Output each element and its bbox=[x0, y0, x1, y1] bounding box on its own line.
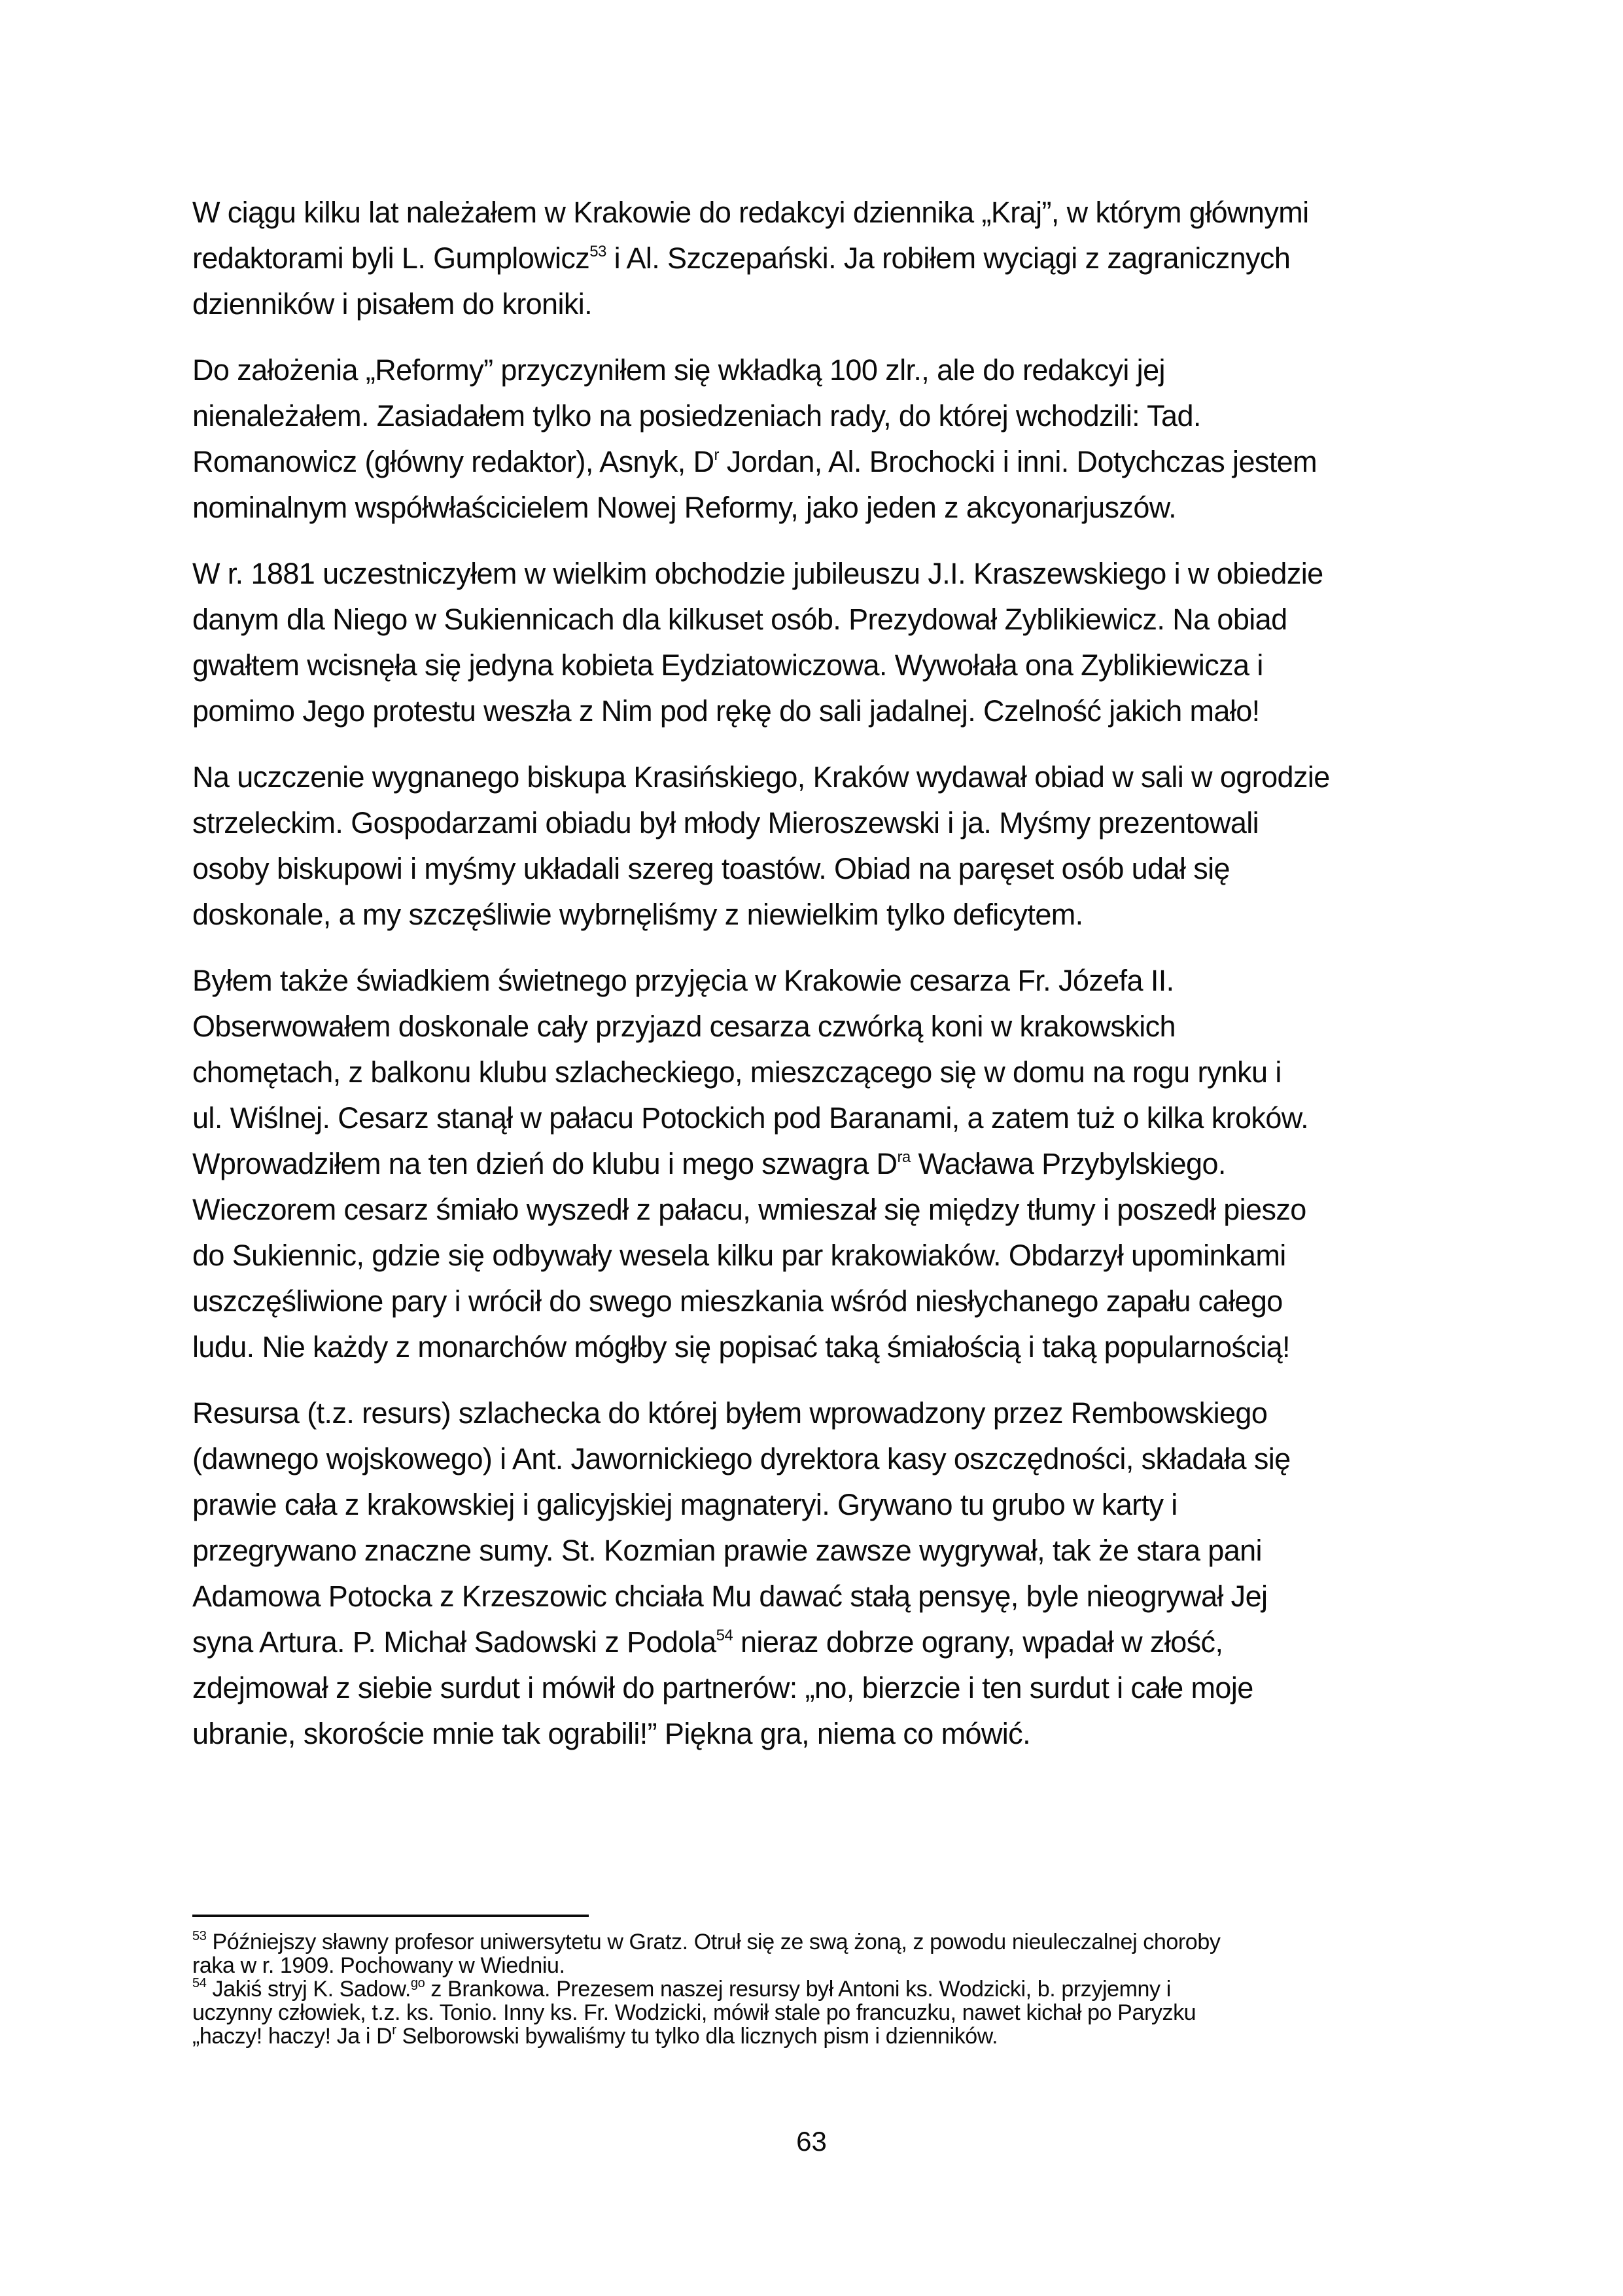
text-line: strzeleckim. Gospodarzami obiadu był mło… bbox=[192, 800, 1435, 846]
paragraph-reforma: Do założenia „Reformy” przyczyniłem się … bbox=[192, 347, 1435, 531]
text-line: Obserwowałem doskonale cały przyjazd ces… bbox=[192, 1004, 1435, 1050]
text-line: Adamowa Potocka z Krzeszowic chciała Mu … bbox=[192, 1574, 1435, 1619]
footnote-ref-53[interactable]: 53 bbox=[589, 243, 606, 260]
page-number: 63 bbox=[0, 2125, 1623, 2158]
superscript-dr: r bbox=[392, 2023, 396, 2038]
paragraph-resursa: Resursa (t.z. resurs) szlachecka do któr… bbox=[192, 1390, 1435, 1757]
text-line: uszczęśliwione pary i wrócił do swego mi… bbox=[192, 1279, 1435, 1324]
text-line: Do założenia „Reformy” przyczyniłem się … bbox=[192, 347, 1435, 393]
text-line: zdejmował z siebie surdut i mówił do par… bbox=[192, 1665, 1435, 1711]
footnote-number-54: 54 bbox=[192, 1976, 206, 1990]
text-line: uczynny człowiek, t.z. ks. Tonio. Inny k… bbox=[192, 2001, 1435, 2024]
footnote-ref-54[interactable]: 54 bbox=[716, 1627, 733, 1644]
text-line: ul. Wiślnej. Cesarz stanął w pałacu Poto… bbox=[192, 1095, 1435, 1141]
text-line: przegrywano znaczne sumy. St. Kozmian pr… bbox=[192, 1528, 1435, 1574]
text-line: ludu. Nie każdy z monarchów mógłby się p… bbox=[192, 1324, 1435, 1370]
text-line: osoby biskupowi i myśmy układali szereg … bbox=[192, 846, 1435, 892]
text-line: Na uczczenie wygnanego biskupa Krasiński… bbox=[192, 754, 1435, 800]
body-text: W ciągu kilku lat należałem w Krakowie d… bbox=[192, 190, 1435, 1777]
text-line: Resursa (t.z. resurs) szlachecka do któr… bbox=[192, 1390, 1435, 1436]
footnote-number-53: 53 bbox=[192, 1929, 206, 1943]
text-line: Wprowadziłem na ten dzień do klubu i meg… bbox=[192, 1141, 1435, 1187]
text-line: raka w r. 1909. Pochowany w Wiedniu. bbox=[192, 1954, 1435, 1977]
paragraph-jubileusz-kraszewskiego: W r. 1881 uczestniczyłem w wielkim obcho… bbox=[192, 551, 1435, 734]
document-page: W ciągu kilku lat należałem w Krakowie d… bbox=[0, 0, 1623, 2296]
superscript-dr: r bbox=[714, 446, 718, 464]
paragraph-biskup-krasinski: Na uczczenie wygnanego biskupa Krasiński… bbox=[192, 754, 1435, 938]
footnotes: 53 Późniejszy sławny profesor uniwersyte… bbox=[192, 1930, 1435, 2048]
text-line: prawie cała z krakowskiej i galicyjskiej… bbox=[192, 1482, 1435, 1528]
text-line: Byłem także świadkiem świetnego przyjęci… bbox=[192, 958, 1435, 1004]
text-line: do Sukiennic, gdzie się odbywały wesela … bbox=[192, 1233, 1435, 1279]
footnote-separator bbox=[192, 1915, 589, 1917]
text-line: syna Artura. P. Michał Sadowski z Podola… bbox=[192, 1619, 1435, 1665]
text-line: dzienników i pisałem do kroniki. bbox=[192, 281, 1435, 327]
text-line: „haczy! haczy! Ja i Dr Selborowski bywal… bbox=[192, 2024, 1435, 2048]
text-line: W r. 1881 uczestniczyłem w wielkim obcho… bbox=[192, 551, 1435, 597]
paragraph-cesarz: Byłem także świadkiem świetnego przyjęci… bbox=[192, 958, 1435, 1370]
text-line: chomętach, z balkonu klubu szlacheckiego… bbox=[192, 1050, 1435, 1095]
footnote-53: 53 Późniejszy sławny profesor uniwersyte… bbox=[192, 1930, 1435, 1977]
text-line: W ciągu kilku lat należałem w Krakowie d… bbox=[192, 190, 1435, 236]
paragraph-kraj-redakcja: W ciągu kilku lat należałem w Krakowie d… bbox=[192, 190, 1435, 327]
text-line: Wieczorem cesarz śmiało wyszedł z pałacu… bbox=[192, 1187, 1435, 1233]
text-line: (dawnego wojskowego) i Ant. Jawornickieg… bbox=[192, 1436, 1435, 1482]
text-line: danym dla Niego w Sukiennicach dla kilku… bbox=[192, 597, 1435, 643]
text-line: redaktorami byli L. Gumplowicz53 i Al. S… bbox=[192, 236, 1435, 281]
text-line: nominalnym współwłaścicielem Nowej Refor… bbox=[192, 485, 1435, 531]
text-line: doskonale, a my szczęśliwie wybrnęliśmy … bbox=[192, 892, 1435, 938]
text-line: 54 Jakiś stryj K. Sadow.go z Brankowa. P… bbox=[192, 1977, 1435, 2001]
text-line: gwałtem wcisnęła się jedyna kobieta Eydz… bbox=[192, 643, 1435, 688]
superscript-go: go bbox=[411, 1976, 425, 1990]
text-line: ubranie, skoroście mnie tak ograbili!” P… bbox=[192, 1711, 1435, 1757]
superscript-dra: ra bbox=[897, 1148, 910, 1166]
footnote-54: 54 Jakiś stryj K. Sadow.go z Brankowa. P… bbox=[192, 1977, 1435, 2048]
text-line: Romanowicz (główny redaktor), Asnyk, Dr … bbox=[192, 439, 1435, 485]
text-line: pomimo Jego protestu weszła z Nim pod rę… bbox=[192, 688, 1435, 734]
text-line: 53 Późniejszy sławny profesor uniwersyte… bbox=[192, 1930, 1435, 1954]
text-line: nienależałem. Zasiadałem tylko na posied… bbox=[192, 393, 1435, 439]
